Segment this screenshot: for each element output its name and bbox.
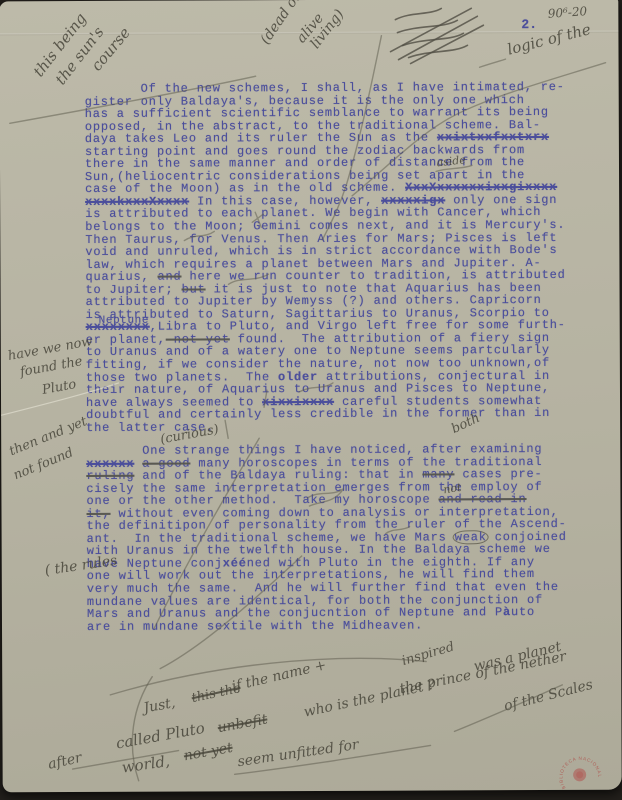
- note-not-yet: not yet: [183, 740, 234, 765]
- note-seem-unfitted: seem unfitted for: [237, 737, 360, 770]
- typed-paragraph-1: Of the new schemes, I shall, as I have i…: [85, 81, 567, 434]
- note-who-is-planet: who is the planet ?: [302, 677, 436, 721]
- library-stamp: BIBLIOTECA NACIONAL: [553, 751, 603, 791]
- svg-text:BIBLIOTECA NACIONAL: BIBLIOTECA NACIONAL: [553, 751, 603, 791]
- catalog-number: 90⁶-20: [547, 4, 587, 21]
- note-pluto: Pluto: [41, 377, 77, 398]
- note-inspired: inspired: [400, 640, 456, 669]
- note-if-the-name: if the name +: [230, 657, 328, 695]
- note-not: not: [442, 481, 462, 496]
- typed-insert-neptune: Neptune: [99, 315, 149, 327]
- note-world: world,: [121, 752, 171, 777]
- handwritten-annotation-layer: this beingthe sun'scourse(dead oraliveli…: [0, 0, 618, 1]
- note-struck-word: this the: [190, 681, 242, 706]
- page-number: 2.: [521, 17, 537, 32]
- note-after: after: [47, 750, 84, 773]
- note-unbefit: unbefit: [216, 711, 268, 736]
- typed-line: are in mundane sextile with the Midheave…: [87, 619, 567, 634]
- typed-paragraph-2: One strange things I have noticed, after…: [86, 443, 567, 633]
- stamp-emblem: [572, 767, 588, 783]
- note-just: Just,: [142, 695, 176, 716]
- manuscript-page: 2. Of the new schemes, I shall, as I hav…: [0, 0, 622, 792]
- note-logic-of-the: logic of the: [505, 20, 592, 58]
- note-then-and-yet: then and yet: [7, 414, 89, 459]
- crossed-out-scribble: [390, 8, 483, 63]
- note-of-the-scales: of the Scales: [502, 677, 594, 715]
